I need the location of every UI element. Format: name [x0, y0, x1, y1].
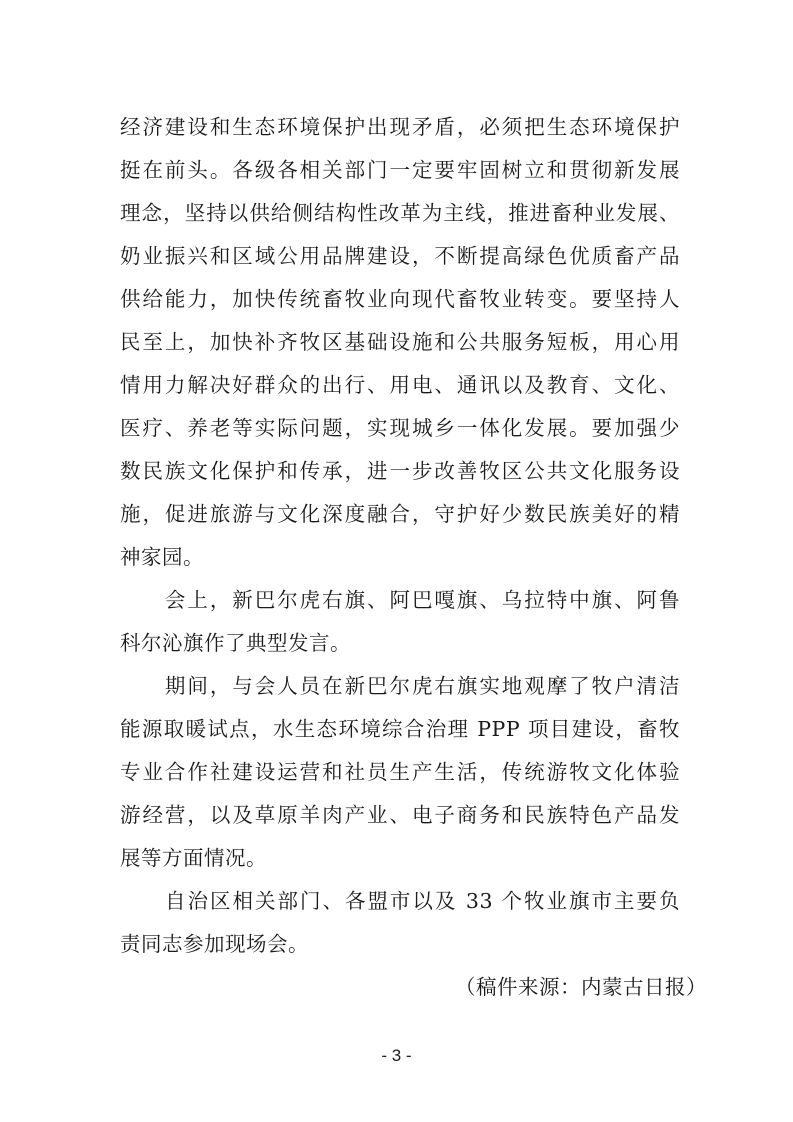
- text-line: 能源取暖试点，水生态环境综合治理 PPP 项目建设，畜牧: [120, 709, 680, 749]
- text-line: 挺在前头。各级各相关部门一定要牢固树立和贯彻新发展: [120, 150, 680, 190]
- text-line: 游经营，以及草原羊肉产业、电子商务和民族特色产品发: [120, 795, 680, 835]
- text-line: 责同志参加现场会。: [120, 924, 680, 964]
- text-line: 数民族文化保护和传承，进一步改善牧区公共文化服务设: [120, 451, 680, 491]
- text-line: 经济建设和生态环境保护出现矛盾，必须把生态环境保护: [120, 107, 680, 147]
- text-line: 供给能力，加快传统畜牧业向现代畜牧业转变。要坚持人: [120, 279, 680, 319]
- text-line: 展等方面情况。: [120, 838, 680, 878]
- text-line: 会上，新巴尔虎右旗、阿巴嘎旗、乌拉特中旗、阿鲁: [120, 580, 680, 620]
- text-line: 医疗、养老等实际问题，实现城乡一体化发展。要加强少: [120, 408, 680, 448]
- text-line: 期间，与会人员在新巴尔虎右旗实地观摩了牧户清洁: [120, 666, 680, 706]
- text-line: 神家园。: [120, 537, 680, 577]
- text-line: 自治区相关部门、各盟市以及 33 个牧业旗市主要负: [120, 881, 680, 921]
- document-page: 经济建设和生态环境保护出现矛盾，必须把生态环境保护 挺在前头。各级各相关部门一定…: [0, 0, 793, 1122]
- text-line: 专业合作社建设运营和社员生产生活，传统游牧文化体验: [120, 752, 680, 792]
- source-attribution: （稿件来源：内蒙古日报）: [455, 967, 707, 1007]
- text-line: 理念，坚持以供给侧结构性改革为主线，推进畜种业发展、: [120, 193, 680, 233]
- text-line: 奶业振兴和区域公用品牌建设，不断提高绿色优质畜产品: [120, 236, 680, 276]
- text-line: 情用力解决好群众的出行、用电、通讯以及教育、文化、: [120, 365, 680, 405]
- text-line: 科尔沁旗作了典型发言。: [120, 623, 680, 663]
- text-line: 民至上，加快补齐牧区基础设施和公共服务短板，用心用: [120, 322, 680, 362]
- page-number: - 3 -: [0, 1046, 793, 1066]
- text-line: 施，促进旅游与文化深度融合，守护好少数民族美好的精: [120, 494, 680, 534]
